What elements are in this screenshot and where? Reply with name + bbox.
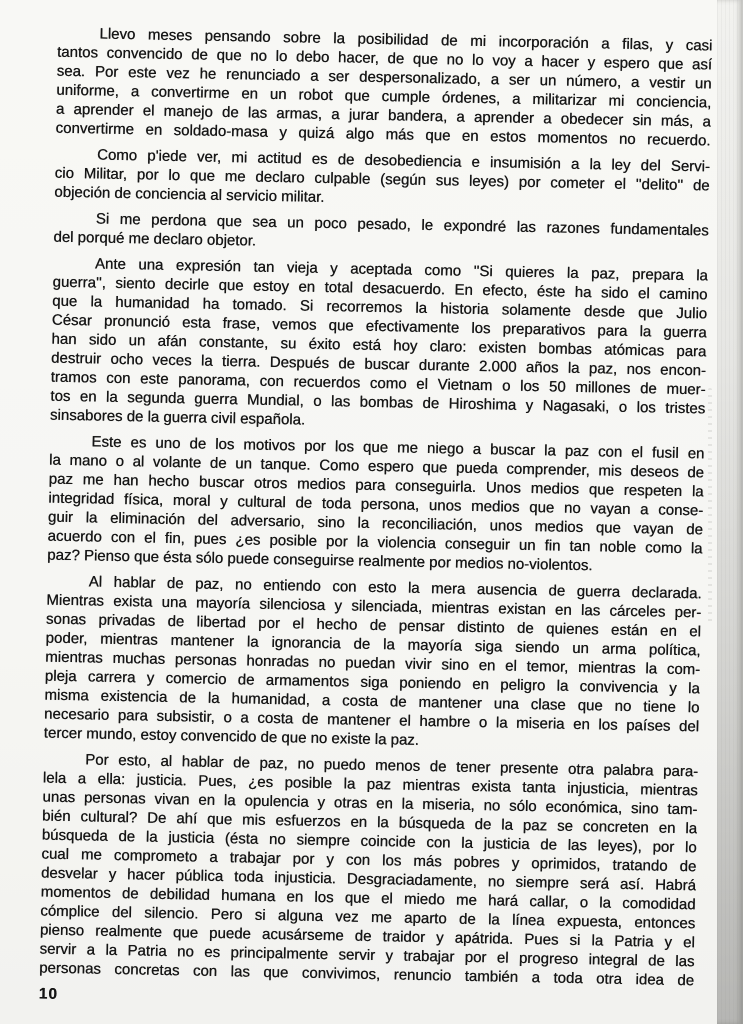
scan-edge-shadow — [717, 0, 743, 1024]
paragraphs: Llevo meses pensando sobre la posibilida… — [39, 24, 713, 991]
paragraph: Ante una expresión tan vieja y aceptada … — [50, 254, 708, 438]
paragraph: Este es uno de los motivos por los que m… — [47, 432, 704, 578]
page-number: 10 — [38, 986, 693, 1017]
scanned-page: Llevo meses pensando sobre la posibilida… — [0, 0, 743, 1024]
paragraph: Al hablar de paz, no entiendo con esto l… — [44, 572, 702, 756]
paragraph: Como p'iede ver, mi actitud es de desobe… — [54, 145, 710, 215]
paragraph: Por esto, al hablar de paz, no puedo men… — [39, 750, 698, 991]
paragraph: Si me perdona que sea un poco pesado, le… — [53, 209, 709, 260]
paragraph: Llevo meses pensando sobre la posibilida… — [55, 24, 712, 151]
scan-margin-artifact — [708, 388, 712, 623]
text-block: Llevo meses pensando sobre la posibilida… — [38, 24, 712, 1017]
